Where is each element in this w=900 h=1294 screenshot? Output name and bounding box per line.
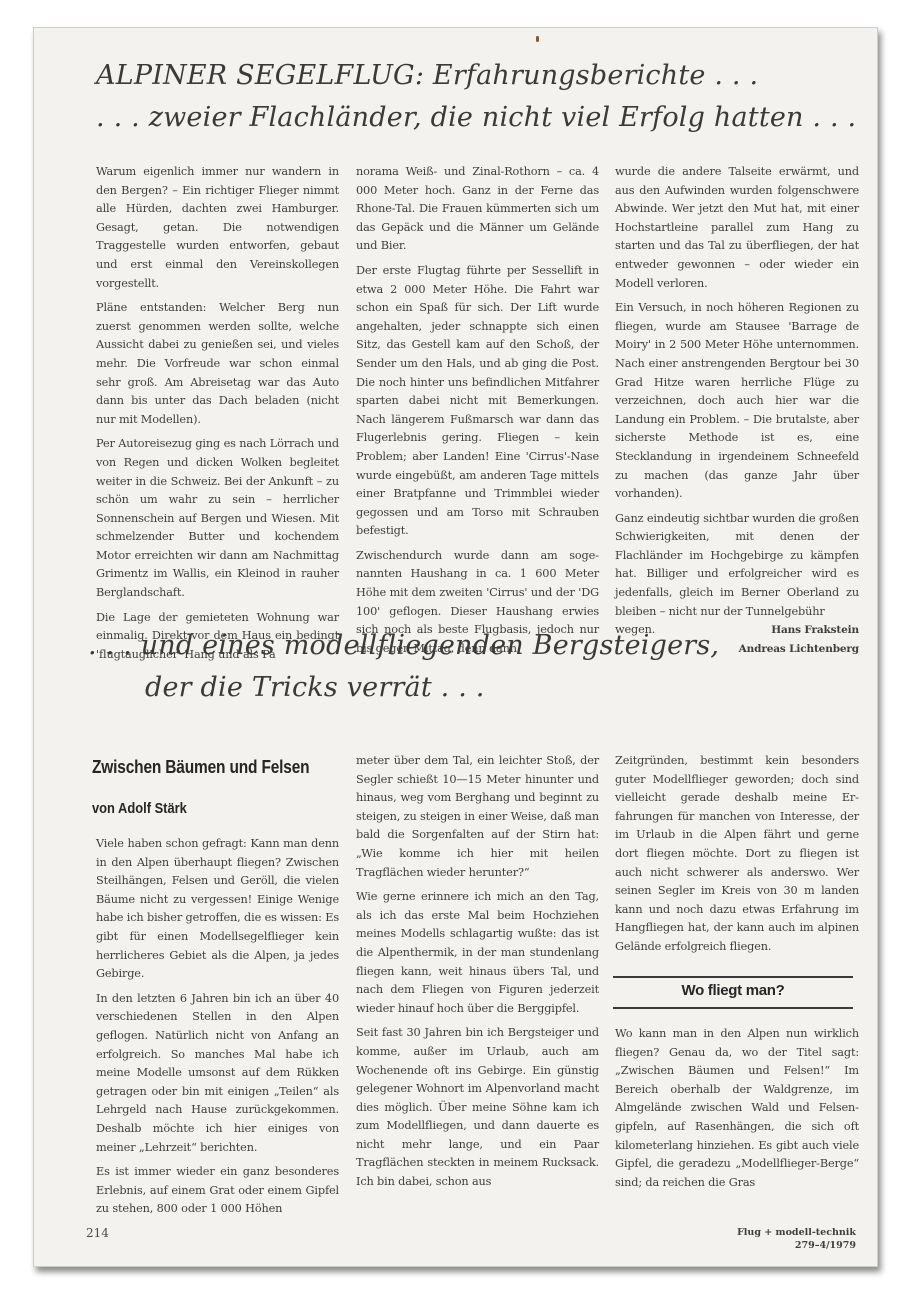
headline-line-1: ALPINER SEGELFLUG: Erfahrungsberichte . … bbox=[96, 60, 758, 91]
article2-column-2: meter über dem Tal, ein leichter Stoß, d… bbox=[356, 752, 599, 1198]
headline2-line-1: . . . und eines modellfliegenden Bergste… bbox=[88, 630, 719, 661]
section-rule-bottom bbox=[613, 1007, 853, 1009]
paper-speck bbox=[536, 36, 539, 42]
paragraph: norama Weiß- und Zinal-Rothorn – ca. 4 0… bbox=[356, 163, 599, 256]
paragraph: Wie gerne erinnere ich mich an den Tag, … bbox=[356, 888, 599, 1018]
paragraph: Der erste Flugtag führte per Sessellift … bbox=[356, 262, 599, 541]
article-title: Zwischen Bäumen und Felsen bbox=[92, 757, 309, 778]
article2-column-1: Viele haben schon gefragt: Kann man denn… bbox=[96, 835, 339, 1225]
paragraph: Warum eigenlich immer nur wandern in den… bbox=[96, 163, 339, 293]
paragraph: Viele haben schon gefragt: Kann man denn… bbox=[96, 835, 339, 984]
paragraph: Pläne entstanden: Welcher Berg nun zuers… bbox=[96, 299, 339, 429]
paragraph: Per Autoreisezug ging es nach Lörrach un… bbox=[96, 435, 339, 602]
page-number: 214 bbox=[86, 1226, 109, 1240]
paragraph: In den letzten 6 Jahren bin ich an über … bbox=[96, 990, 339, 1157]
paragraph: Seit fast 30 Jahren bin ich Bergsteiger … bbox=[356, 1024, 599, 1191]
paragraph: Ganz eindeutig sichtbar wurden die gro­ß… bbox=[615, 510, 859, 622]
paragraph: Wo kann man in den Alpen nun wirk­lich f… bbox=[615, 1025, 859, 1192]
magazine-name: Flug + modell-technik bbox=[737, 1226, 856, 1239]
paragraph: Zeitgründen, bestimmt kein besonders gut… bbox=[615, 752, 859, 957]
article1-column-3: wurde die andere Talseite erwärmt, und a… bbox=[615, 163, 859, 658]
footer-credit: Flug + modell-technik 279–4/1979 bbox=[737, 1226, 856, 1252]
article-byline: von Adolf Stärk bbox=[92, 800, 187, 817]
paragraph: meter über dem Tal, ein leichter Stoß, d… bbox=[356, 752, 599, 882]
headline-line-2: . . . zweier Flachländer, die nicht viel… bbox=[96, 102, 856, 133]
headline2-line-2: der die Tricks verrät . . . bbox=[145, 672, 485, 703]
article1-column-1: Warum eigenlich immer nur wandern in den… bbox=[96, 163, 339, 670]
article1-column-2: norama Weiß- und Zinal-Rothorn – ca. 4 0… bbox=[356, 163, 599, 664]
section-rule-top bbox=[613, 976, 853, 978]
article2-column-3: Zeitgründen, bestimmt kein besonders gut… bbox=[615, 752, 859, 963]
section-column: Wo kann man in den Alpen nun wirk­lich f… bbox=[615, 1025, 859, 1198]
issue-number: 279–4/1979 bbox=[737, 1239, 856, 1252]
paragraph: wurde die andere Talseite erwärmt, und a… bbox=[615, 163, 859, 293]
author-name: Hans Frakstein bbox=[771, 621, 859, 640]
paragraph: Es ist immer wieder ein ganz besonderes … bbox=[96, 1163, 339, 1219]
section-title: Wo fliegt man? bbox=[613, 982, 853, 999]
paragraph: Ein Versuch, in noch höheren Regionen zu… bbox=[615, 299, 859, 504]
